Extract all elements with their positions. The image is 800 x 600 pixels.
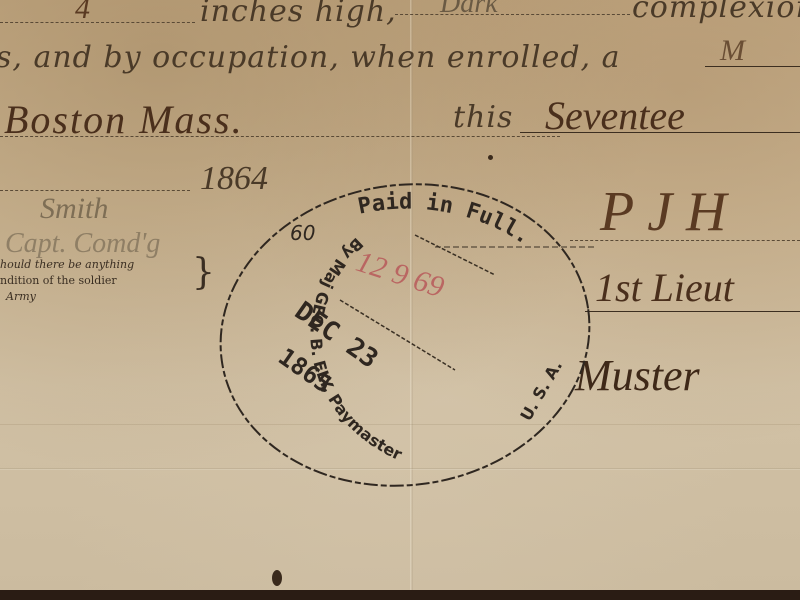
- ink-dot: [488, 155, 493, 160]
- background-edge: [0, 590, 800, 600]
- occupation-label: s, and by occupation, when enrolled, a: [0, 40, 620, 75]
- height-label: inches high,: [200, 0, 397, 29]
- stamp-top-text: Paid in Full.: [356, 190, 535, 250]
- complexion-value: Dark: [440, 0, 498, 20]
- complexion-label: complexion: [632, 0, 800, 25]
- occupation-value: M: [720, 34, 745, 68]
- signature-right: P J H: [600, 180, 727, 244]
- signature-left-title: Capt. Comd'g: [5, 228, 160, 260]
- stamp-right-arc: U. S. A.: [516, 357, 566, 424]
- paid-in-full-stamp: Paid in Full. By Maj GEO. B. ELY, Paymas…: [215, 175, 595, 495]
- rank-field-line: [585, 311, 800, 312]
- printed-note-line-3: Army: [6, 290, 36, 303]
- this-label: this: [453, 100, 513, 135]
- ink-spot: [272, 570, 282, 586]
- complexion-field-line: [395, 14, 630, 15]
- signature-left: Smith: [40, 192, 108, 226]
- printed-note-line-2: ndition of the soldier: [0, 274, 117, 287]
- brace-glyph: }: [192, 252, 215, 293]
- document-page: 4 inches high, Dark complexion s, and by…: [0, 0, 800, 592]
- height-value: 4: [75, 0, 90, 26]
- date-field-line: [0, 190, 190, 191]
- stamp-marks: 60: [290, 221, 315, 245]
- place-field-line: [0, 136, 560, 137]
- rank-value: 1st Lieut: [595, 264, 734, 311]
- stamp-graphic: Paid in Full. By Maj GEO. B. ELY, Paymas…: [215, 175, 595, 495]
- day-value: Seventee: [545, 92, 685, 139]
- printed-note-line-1: hould there be anything: [0, 258, 134, 271]
- height-field-line: [0, 22, 195, 23]
